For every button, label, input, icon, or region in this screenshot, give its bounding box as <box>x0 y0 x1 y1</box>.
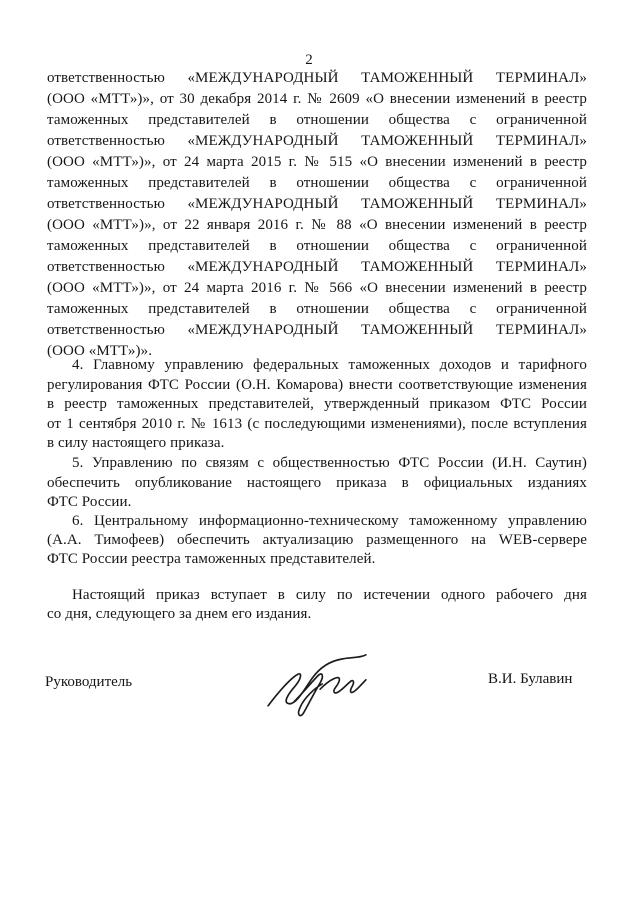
text-line: ответственностью «МЕЖДУНАРОДНЫЙ ТАМОЖЕНН… <box>47 68 587 89</box>
text-line: ФТС России. <box>47 493 587 513</box>
paragraph-item-5: 5. Управлению по связям с общественность… <box>47 454 587 513</box>
paragraph-item-4: 4. Главному управлению федеральных тамож… <box>47 356 587 454</box>
text-line: ФТС России реестра таможенных представит… <box>47 550 587 569</box>
text-line: таможенных представителей в отношении об… <box>47 236 587 257</box>
text-line: ответственностью «МЕЖДУНАРОДНЫЙ ТАМОЖЕНН… <box>47 257 587 278</box>
signature-name: В.И. Булавин <box>488 671 572 688</box>
text-line: (ООО «МТТ»)», от 22 января 2016 г. № 88 … <box>47 215 587 236</box>
text-line: таможенных представителей в отношении об… <box>47 299 587 320</box>
signature-role-label: Руководитель <box>45 674 132 691</box>
text-line: (ООО «МТТ»)», от 30 декабря 2014 г. № 26… <box>47 89 587 110</box>
text-line: в силу настоящего приказа. <box>47 434 587 454</box>
text-line: от 1 сентября 2010 г. № 1613 (с последую… <box>47 415 587 435</box>
page-number: 2 <box>47 52 571 68</box>
text-line: регулирования ФТС России (О.Н. Комарова)… <box>47 376 587 396</box>
signature-scribble-icon <box>265 653 369 717</box>
text-line: Настоящий приказ вступает в силу по исте… <box>47 586 587 605</box>
text-line: (А.А. Тимофеев) обеспечить актуализацию … <box>47 531 587 550</box>
text-line: ответственностью «МЕЖДУНАРОДНЫЙ ТАМОЖЕНН… <box>47 194 587 215</box>
text-line: таможенных представителей в отношении об… <box>47 173 587 194</box>
text-line: ответственностью «МЕЖДУНАРОДНЫЙ ТАМОЖЕНН… <box>47 320 587 341</box>
text-line: 6. Центральному информационно-техническо… <box>47 512 587 531</box>
text-line: обеспечить опубликование настоящего прик… <box>47 474 587 494</box>
text-line: 4. Главному управлению федеральных тамож… <box>47 356 587 376</box>
text-line: в реестр таможенных представителей, утве… <box>47 395 587 415</box>
text-line: (ООО «МТТ»)», от 24 марта 2015 г. № 515 … <box>47 152 587 173</box>
document-page: 2 ответственностью «МЕЖДУНАРОДНЫЙ ТАМОЖЕ… <box>0 0 640 905</box>
text-line: таможенных представителей в отношении об… <box>47 110 587 131</box>
text-line: 5. Управлению по связям с общественность… <box>47 454 587 474</box>
text-line: со дня, следующего за днем его издания. <box>47 605 587 624</box>
paragraph-entry-into-force: Настоящий приказ вступает в силу по исте… <box>47 586 587 624</box>
paragraph-item-6: 6. Центральному информационно-техническо… <box>47 512 587 569</box>
text-line: ответственностью «МЕЖДУНАРОДНЫЙ ТАМОЖЕНН… <box>47 131 587 152</box>
paragraph-continuation: ответственностью «МЕЖДУНАРОДНЫЙ ТАМОЖЕНН… <box>47 68 587 362</box>
text-line: (ООО «МТТ»)», от 24 марта 2016 г. № 566 … <box>47 278 587 299</box>
